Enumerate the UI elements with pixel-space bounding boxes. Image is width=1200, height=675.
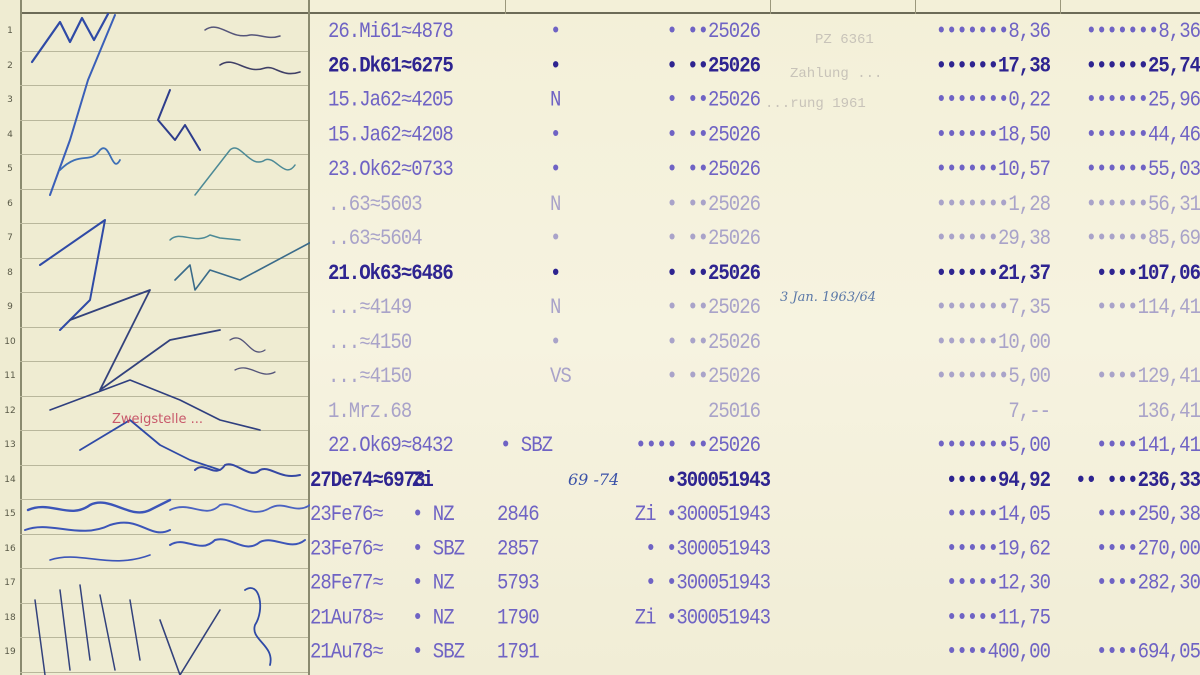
account-reference: • ••25026 xyxy=(590,191,760,216)
entry-code: • xyxy=(550,225,560,250)
entry-date-number: 23Fe76≈ xyxy=(310,501,383,526)
column-divider xyxy=(915,0,916,14)
entry-date-number: 15.Ja62≈4205 xyxy=(328,87,453,112)
account-reference: • •300051943 xyxy=(600,536,770,561)
entry-voucher: 1790 xyxy=(497,605,539,630)
row-number: 6 xyxy=(2,199,18,209)
row-number: 14 xyxy=(2,475,18,485)
account-reference: 25016 xyxy=(590,398,760,423)
entry-date-number: ...≈4150 xyxy=(328,363,411,388)
account-reference: • ••25026 xyxy=(590,225,760,250)
entry-date-number: 28Fe77≈ xyxy=(310,570,383,595)
balance-value: 136,41 xyxy=(1030,398,1200,423)
account-reference: • ••25026 xyxy=(590,294,760,319)
row-number: 9 xyxy=(2,302,18,312)
row-number: 8 xyxy=(2,268,18,278)
amount-value: •••••••1,28 xyxy=(880,191,1050,216)
account-reference: •300051943 xyxy=(600,467,770,492)
entry-voucher: 2857 xyxy=(497,536,539,561)
entry-code: N xyxy=(550,294,560,319)
entry-date-number: ..63≈5604 xyxy=(328,225,422,250)
entry-date-number: 27De74≈6973 xyxy=(310,467,424,492)
row-number: 5 xyxy=(2,164,18,174)
entry-code: Zi xyxy=(412,467,433,492)
balance-value: ••••••55,03 xyxy=(1030,156,1200,181)
entry-voucher: 1791 xyxy=(497,639,539,664)
amount-value: •••••••0,22 xyxy=(880,87,1050,112)
account-reference: • ••25026 xyxy=(590,329,760,354)
amount-value: ••••••17,38 xyxy=(880,53,1050,78)
amount-value: •••••14,05 xyxy=(880,501,1050,526)
entry-date-number: 1.Mrz.68 xyxy=(328,398,411,423)
entry-code: • xyxy=(550,53,560,78)
column-divider xyxy=(1060,0,1061,14)
amount-value: •••••12,30 xyxy=(880,570,1050,595)
amount-value: •••••••7,35 xyxy=(880,294,1050,319)
balance-value: ••••••56,31 xyxy=(1030,191,1200,216)
balance-value: ••••141,41 xyxy=(1030,432,1200,457)
entry-code: N xyxy=(550,191,560,216)
branch-stamp: Zweigstelle ... xyxy=(112,412,203,427)
entry-code: • NZ xyxy=(412,605,454,630)
row-number: 7 xyxy=(2,233,18,243)
column-divider xyxy=(505,0,506,14)
row-number: 18 xyxy=(2,613,18,623)
entry-date-number: 26.Mi61≈4878 xyxy=(328,18,453,43)
amount-value: ••••••10,57 xyxy=(880,156,1050,181)
balance-value: ••••282,30 xyxy=(1030,570,1200,595)
account-reference: • ••25026 xyxy=(590,260,760,285)
entry-code: VS xyxy=(550,363,571,388)
entry-date-number: 22.Ok69≈8432 xyxy=(328,432,453,457)
faded-text: PZ 6361 xyxy=(815,32,874,48)
row-number: 16 xyxy=(2,544,18,554)
row-number: 4 xyxy=(2,130,18,140)
row-number: 11 xyxy=(2,371,18,381)
row-number: 1 xyxy=(2,26,18,36)
entry-date-number: 21.Ok63≈6486 xyxy=(328,260,453,285)
balance-value: ••••••25,96 xyxy=(1030,87,1200,112)
row-number: 19 xyxy=(2,647,18,657)
entry-code: • xyxy=(550,122,560,147)
account-reference: • ••25026 xyxy=(590,87,760,112)
amount-value: •••••11,75 xyxy=(880,605,1050,630)
row-number: 15 xyxy=(2,509,18,519)
entry-date-number: 26.Dk61≈6275 xyxy=(328,53,453,78)
entry-code: • SBZ xyxy=(412,639,464,664)
entry-voucher: 5793 xyxy=(497,570,539,595)
balance-value: ••••694,05 xyxy=(1030,639,1200,664)
balance-value: ••••270,00 xyxy=(1030,536,1200,561)
row-number: 10 xyxy=(2,337,18,347)
ledger-sheet: 126.Mi61≈4878•• ••25026•••••••8,36••••••… xyxy=(0,0,1200,675)
entry-voucher: 2846 xyxy=(497,501,539,526)
account-reference: Zi •300051943 xyxy=(600,501,770,526)
entry-date-number: ..63≈5603 xyxy=(328,191,422,216)
amount-value: ••••••29,38 xyxy=(880,225,1050,250)
balance-value: ••••••85,69 xyxy=(1030,225,1200,250)
account-reference: • ••25026 xyxy=(590,122,760,147)
amount-value: ••••••10,00 xyxy=(880,329,1050,354)
entry-code: • NZ xyxy=(412,570,454,595)
entry-code: N xyxy=(550,87,560,112)
balance-value: ••••107,06 xyxy=(1030,260,1200,285)
row-number: 2 xyxy=(2,61,18,71)
account-reference: • ••25026 xyxy=(590,363,760,388)
row-number: 3 xyxy=(2,95,18,105)
account-reference: • ••25026 xyxy=(590,156,760,181)
amount-value: ••••••18,50 xyxy=(880,122,1050,147)
entry-date-number: ...≈4149 xyxy=(328,294,411,319)
balance-value: ••••250,38 xyxy=(1030,501,1200,526)
entry-date-number: 23.Ok62≈0733 xyxy=(328,156,453,181)
entry-code: • xyxy=(550,329,560,354)
balance-value: ••••••25,74 xyxy=(1030,53,1200,78)
amount-value: •••••••5,00 xyxy=(880,363,1050,388)
faded-text: Zahlung ... xyxy=(790,66,882,82)
amount-value: •••••19,62 xyxy=(880,536,1050,561)
balance-value: ••••114,41 xyxy=(1030,294,1200,319)
amount-value: ••••400,00 xyxy=(880,639,1050,664)
entry-date-number: 15.Ja62≈4208 xyxy=(328,122,453,147)
margin-note: 69 -74 xyxy=(568,470,619,489)
margin-note: 3 Jan. 1963/64 xyxy=(780,290,876,305)
row-number: 12 xyxy=(2,406,18,416)
account-reference: • ••25026 xyxy=(590,53,760,78)
entry-date-number: 21Au78≈ xyxy=(310,639,383,664)
entry-code: • xyxy=(550,18,560,43)
entry-date-number: ...≈4150 xyxy=(328,329,411,354)
row-number: 13 xyxy=(2,440,18,450)
signatures-icon xyxy=(20,0,310,675)
balance-value: ••••••44,46 xyxy=(1030,122,1200,147)
account-reference: •••• ••25026 xyxy=(590,432,760,457)
entry-date-number: 23Fe76≈ xyxy=(310,536,383,561)
amount-value: 7,-- xyxy=(880,398,1050,423)
account-reference: • •300051943 xyxy=(600,570,770,595)
amount-value: •••••••8,36 xyxy=(880,18,1050,43)
account-reference: • ••25026 xyxy=(590,18,760,43)
balance-value: •• •••236,33 xyxy=(1030,467,1200,492)
entry-code: • NZ xyxy=(412,501,454,526)
account-reference: Zi •300051943 xyxy=(600,605,770,630)
amount-value: ••••••21,37 xyxy=(880,260,1050,285)
balance-value: •••••••8,36 xyxy=(1030,18,1200,43)
entry-code: • SBZ xyxy=(412,536,464,561)
entry-code: • SBZ xyxy=(500,432,552,457)
row-number: 17 xyxy=(2,578,18,588)
amount-value: •••••94,92 xyxy=(880,467,1050,492)
entry-code: • xyxy=(550,156,560,181)
balance-value: ••••129,41 xyxy=(1030,363,1200,388)
entry-code: • xyxy=(550,260,560,285)
faded-text: ...rung 1961 xyxy=(765,96,866,112)
entry-date-number: 21Au78≈ xyxy=(310,605,383,630)
column-divider xyxy=(770,0,771,14)
amount-value: •••••••5,00 xyxy=(880,432,1050,457)
